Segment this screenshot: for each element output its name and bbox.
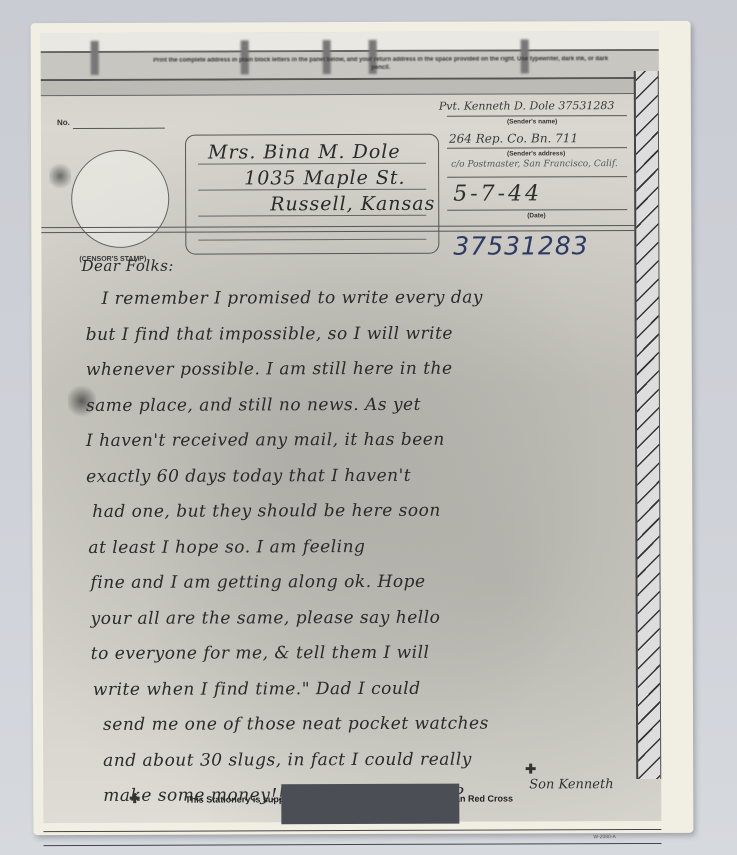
registration-mark [91,41,99,75]
red-cross-icon: ✚ [525,761,536,777]
letter-line: I haven't received any mail, it has been [86,430,445,451]
salutation: Dear Folks: [81,257,174,275]
letter-line: to everyone for me, & tell them I will [91,643,430,664]
serial-number: 37531283 [453,231,588,260]
vmail-letter: Print the complete address in plain bloc… [31,21,694,835]
letter-line: send me one of those neat pocket watches [103,714,489,735]
hatched-margin [634,71,661,779]
letter-line: your all are the same, please say hello [91,607,441,628]
number-label: No. [57,118,70,127]
letter-line: whenever possible. I am still here in th… [86,359,453,380]
recipient-street: 1035 Maple St. [244,167,405,190]
letter-line: exactly 60 days today that I haven't [86,465,411,486]
sender-name: Pvt. Kenneth D. Dole 37531283 [439,99,615,113]
redacted-label [281,784,459,825]
sender-address: 264 Rep. Co. Bn. 711 [449,131,578,145]
recipient-address-box: Mrs. Bina M. Dole 1035 Maple St. Russell… [185,134,439,255]
form-code: W-2080-A [593,834,615,840]
form-instructions: Print the complete address in plain bloc… [151,55,611,73]
red-cross-icon: ✚ [129,791,140,807]
letter-date: 5-7-44 [453,181,542,206]
letter-line: fine and I am getting along ok. Hope [91,572,426,593]
sender-address-caption: (Sender's address) [507,150,565,157]
letter-sheet: Print the complete address in plain bloc… [41,31,662,823]
form-header-band: Print the complete address in plain bloc… [41,31,659,95]
date-caption: (Date) [527,212,545,219]
recipient-name: Mrs. Bina M. Dole [208,141,401,164]
recipient-city: Russell, Kansas [270,193,435,216]
letter-line: same place, and still no news. As yet [86,394,421,415]
letter-line: but I find that impossible, so I will wr… [86,323,453,344]
letter-line: had one, but they should be here soon [92,501,441,522]
letter-line: write when I find time." Dad I could [93,678,421,699]
sender-name-caption: (Sender's name) [507,118,557,125]
letter-line: I remember I promised to write every day [102,288,484,309]
sender-address-line2: c/o Postmaster, San Francisco, Calif. [451,159,618,170]
letter-line: at least I hope so. I am feeling [88,536,365,557]
censor-stamp-circle [71,150,169,248]
signature: Son Kenneth [529,777,613,792]
letter-line: and about 30 slugs, in fact I could real… [103,749,472,770]
